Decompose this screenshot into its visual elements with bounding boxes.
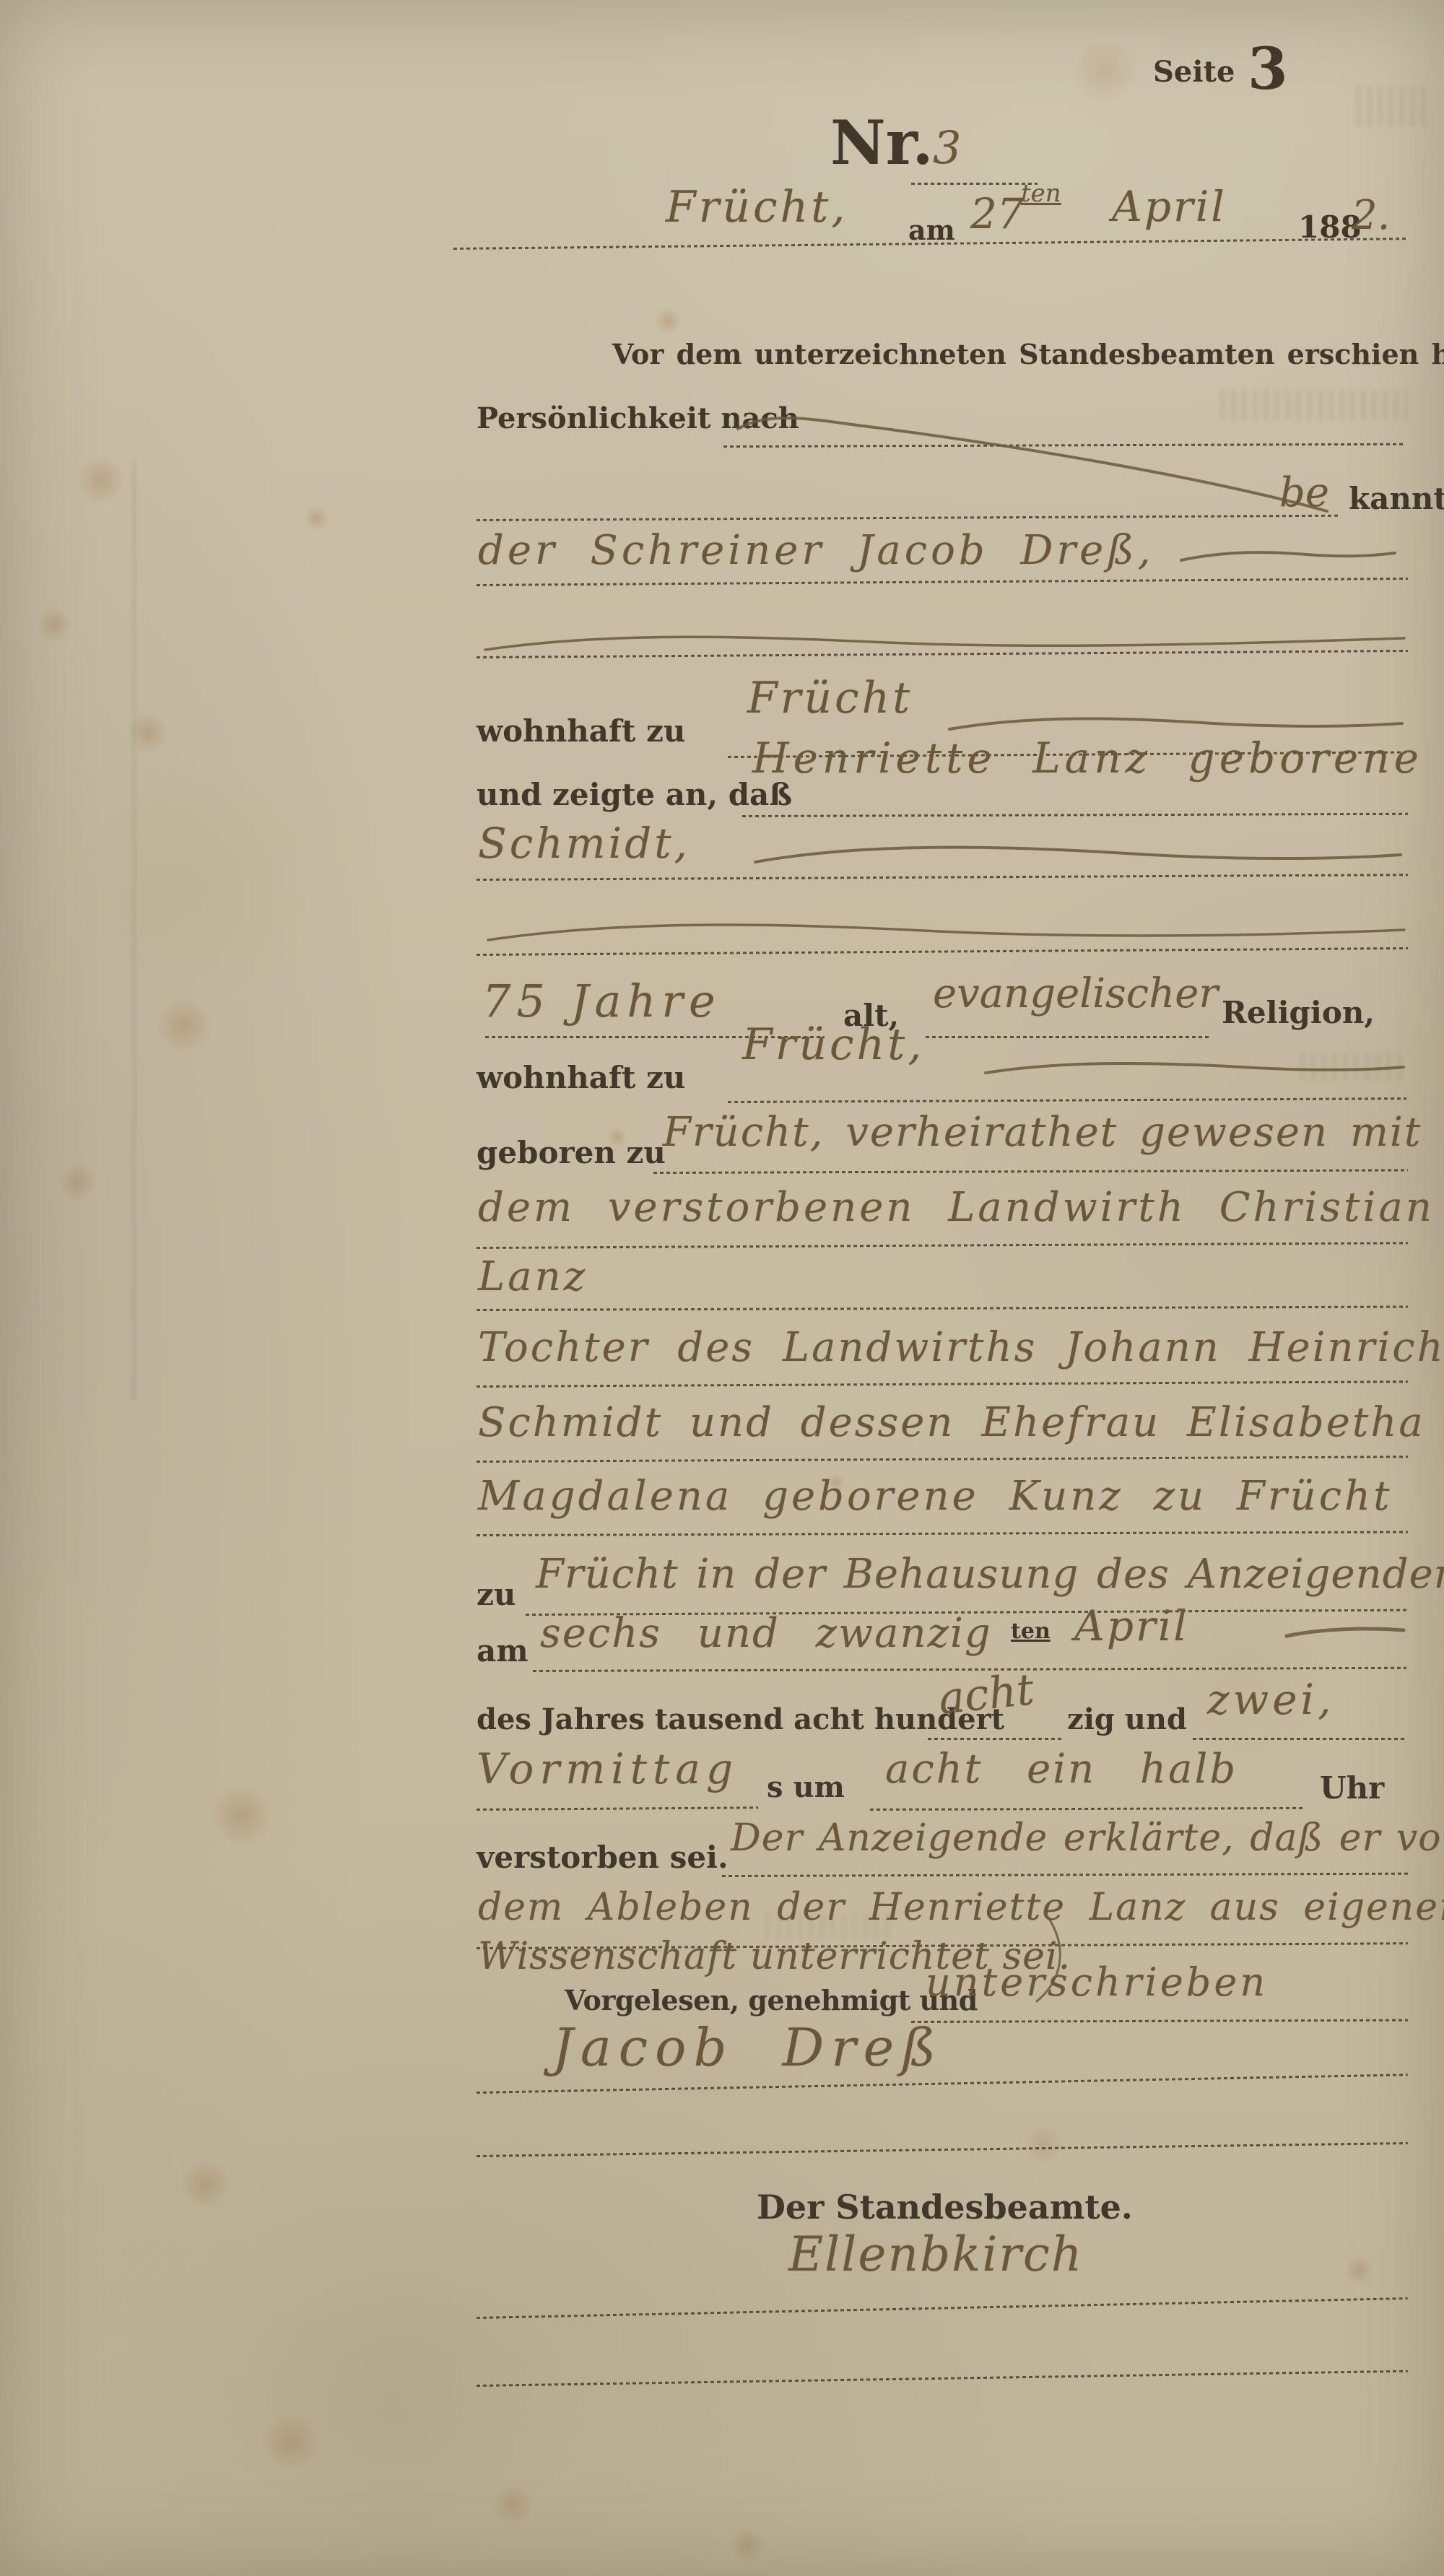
intro-line: Vor dem unterzeichneten Standesbeamten e… <box>612 338 1444 370</box>
foxing-spot <box>260 2411 321 2473</box>
s-um-label: s um <box>767 1770 845 1804</box>
seite-label: Seite <box>1153 55 1235 89</box>
wohnhaft-label-1: wohnhaft zu <box>477 713 685 749</box>
foxing-spot <box>653 307 682 336</box>
bekannt-hand-prefix: be <box>1279 469 1329 516</box>
jahres-label: des Jahres tausend acht hundert <box>477 1702 1004 1736</box>
declarant-line <box>477 577 1408 586</box>
record-number-label: Nr. <box>830 107 934 178</box>
foxing-spot <box>76 455 126 505</box>
bottom-line <box>477 2370 1408 2387</box>
declaration-entry-1: Der Anzeigende erklärte, daß er von <box>731 1816 1444 1860</box>
blank-line-1-wave-stroke <box>485 637 1404 650</box>
blank-line-1 <box>477 649 1408 658</box>
persoenlichkeit-pen-stroke <box>738 418 1327 511</box>
death-month-entry: April <box>1074 1601 1189 1650</box>
parents-line-3 <box>477 1530 1408 1536</box>
declarant-signature: Jacob Dreß <box>552 2017 943 2078</box>
record-number-line <box>911 182 1038 185</box>
foxing-spot <box>1065 43 1144 101</box>
deceased-dash-stroke <box>755 848 1401 862</box>
parents-line-2 <box>477 1455 1408 1463</box>
daytime-entry: Vormittag <box>477 1744 739 1793</box>
religion-entry: evangelischer <box>933 970 1218 1017</box>
residence-2-line <box>728 1097 1406 1103</box>
death-place-entry: Frücht in der Behausung des Anzeigenden <box>536 1551 1444 1598</box>
death-day-entry: sechs und zwanzig <box>540 1610 992 1657</box>
age-entry: 75 Jahre <box>482 975 721 1027</box>
foxing-spot <box>1022 2123 1065 2166</box>
declarant-entry: der Schreiner Jacob Dreß, <box>478 527 1154 574</box>
dateline-day: 27 <box>970 189 1024 238</box>
bekannt-line <box>477 514 1339 521</box>
born-line-3 <box>477 1305 1408 1311</box>
zu-label: zu <box>477 1577 516 1612</box>
separator-line <box>477 2141 1408 2157</box>
foxing-spot <box>58 1162 97 1202</box>
unterschrieben-line <box>911 2019 1408 2023</box>
kannt-label: kannt, <box>1349 481 1444 516</box>
record-number-value: 3 <box>933 121 961 174</box>
deceased-line-2 <box>477 873 1408 881</box>
born-entry-2: dem verstorbenen Landwirth Christian <box>478 1184 1435 1231</box>
dateline-month: April <box>1112 182 1227 231</box>
parents-line-1 <box>477 1380 1408 1388</box>
showthrough-text-artifact <box>1300 1053 1408 1080</box>
declarant-dash-stroke <box>1181 552 1395 560</box>
declaration-entry-2: dem Ableben der Henriette Lanz aus eigen… <box>478 1886 1444 1929</box>
foxing-spot <box>729 2527 765 2563</box>
deceased-line-1 <box>742 812 1408 817</box>
showthrough-text-artifact <box>1220 390 1408 420</box>
registrar-signature-line <box>477 2297 1408 2319</box>
parents-entry-2: Schmidt und dessen Ehefrau Elisabetha <box>478 1399 1425 1446</box>
page-number: 3 <box>1248 35 1288 103</box>
vorgelesen-label: Vorgelesen, genehmigt und <box>565 1984 978 2016</box>
foxing-spot <box>36 606 72 643</box>
persoenlichkeit-label: Persönlichkeit nach <box>477 401 799 435</box>
dateline-place: Frücht, <box>666 182 848 232</box>
am-label: am <box>477 1633 529 1668</box>
persoenlichkeit-line <box>723 443 1406 448</box>
foxing-spot <box>209 1783 274 1848</box>
year-tens-entry: acht <box>936 1664 1037 1724</box>
geboren-label: geboren zu <box>477 1135 666 1170</box>
zeigte-label: und zeigte an, daß <box>477 777 792 812</box>
born-entry-1: Frücht, verheirathet gewesen mit <box>663 1109 1422 1156</box>
declaration-line-1 <box>722 1872 1408 1877</box>
born-line-1 <box>653 1168 1408 1174</box>
foxing-spot <box>126 711 170 754</box>
residence-2-entry: Frücht, <box>742 1019 924 1070</box>
born-line-2 <box>477 1241 1408 1249</box>
deceased-name-entry-1: Henriette Lanz geborene <box>752 734 1423 783</box>
religion-label: Religion, <box>1222 995 1375 1030</box>
showthrough-text-artifact <box>1356 87 1428 127</box>
standesbeamte-label: Der Standesbeamte. <box>757 2188 1133 2227</box>
foxing-spot <box>303 505 329 531</box>
ten-label: ten <box>1011 1619 1051 1644</box>
uhr-label: Uhr <box>1320 1770 1384 1806</box>
year-tens-line <box>928 1737 1061 1740</box>
dateline-am-label: am <box>908 214 955 246</box>
parents-entry-1: Tochter des Landwirths Johann Heinrich <box>478 1324 1444 1371</box>
death-register-page: Seite 3 Nr. 3 Frücht, am 27 ten April 18… <box>0 0 1444 2576</box>
age-stain <box>72 758 318 1004</box>
foxing-spot <box>491 2484 534 2527</box>
wohnhaft-label-2: wohnhaft zu <box>477 1060 685 1095</box>
zig-und-label: zig und <box>1067 1702 1187 1736</box>
year-ones-entry: zwei, <box>1207 1675 1335 1724</box>
registrar-signature: Ellenbkirch <box>788 2227 1083 2282</box>
blank-line-2 <box>477 947 1408 956</box>
born-entry-3: Lanz <box>478 1253 588 1300</box>
hour-line <box>870 1806 1303 1811</box>
foxing-spot <box>1344 2256 1373 2285</box>
daytime-line <box>477 1806 758 1811</box>
residence-1-entry: Frücht <box>747 673 913 723</box>
year-ones-line <box>1193 1737 1406 1740</box>
unterschrieben-entry: unterschrieben <box>926 1959 1268 2005</box>
dateline-day-suffix: ten <box>1021 179 1061 208</box>
foxing-spot <box>155 996 213 1054</box>
blank-line-2-wave-stroke <box>488 925 1404 940</box>
verstorben-label: verstorben sei. <box>477 1840 728 1875</box>
foxing-spot <box>180 2159 231 2209</box>
dateline-year-digit: 2. <box>1352 192 1390 239</box>
parents-entry-3: Magdalena geborene Kunz zu Frücht <box>478 1473 1393 1520</box>
deceased-name-entry-2: Schmidt, <box>478 819 690 868</box>
residence-1-dash-stroke <box>949 718 1402 729</box>
religion-line <box>926 1035 1211 1038</box>
hour-entry: acht ein halb <box>885 1746 1238 1793</box>
